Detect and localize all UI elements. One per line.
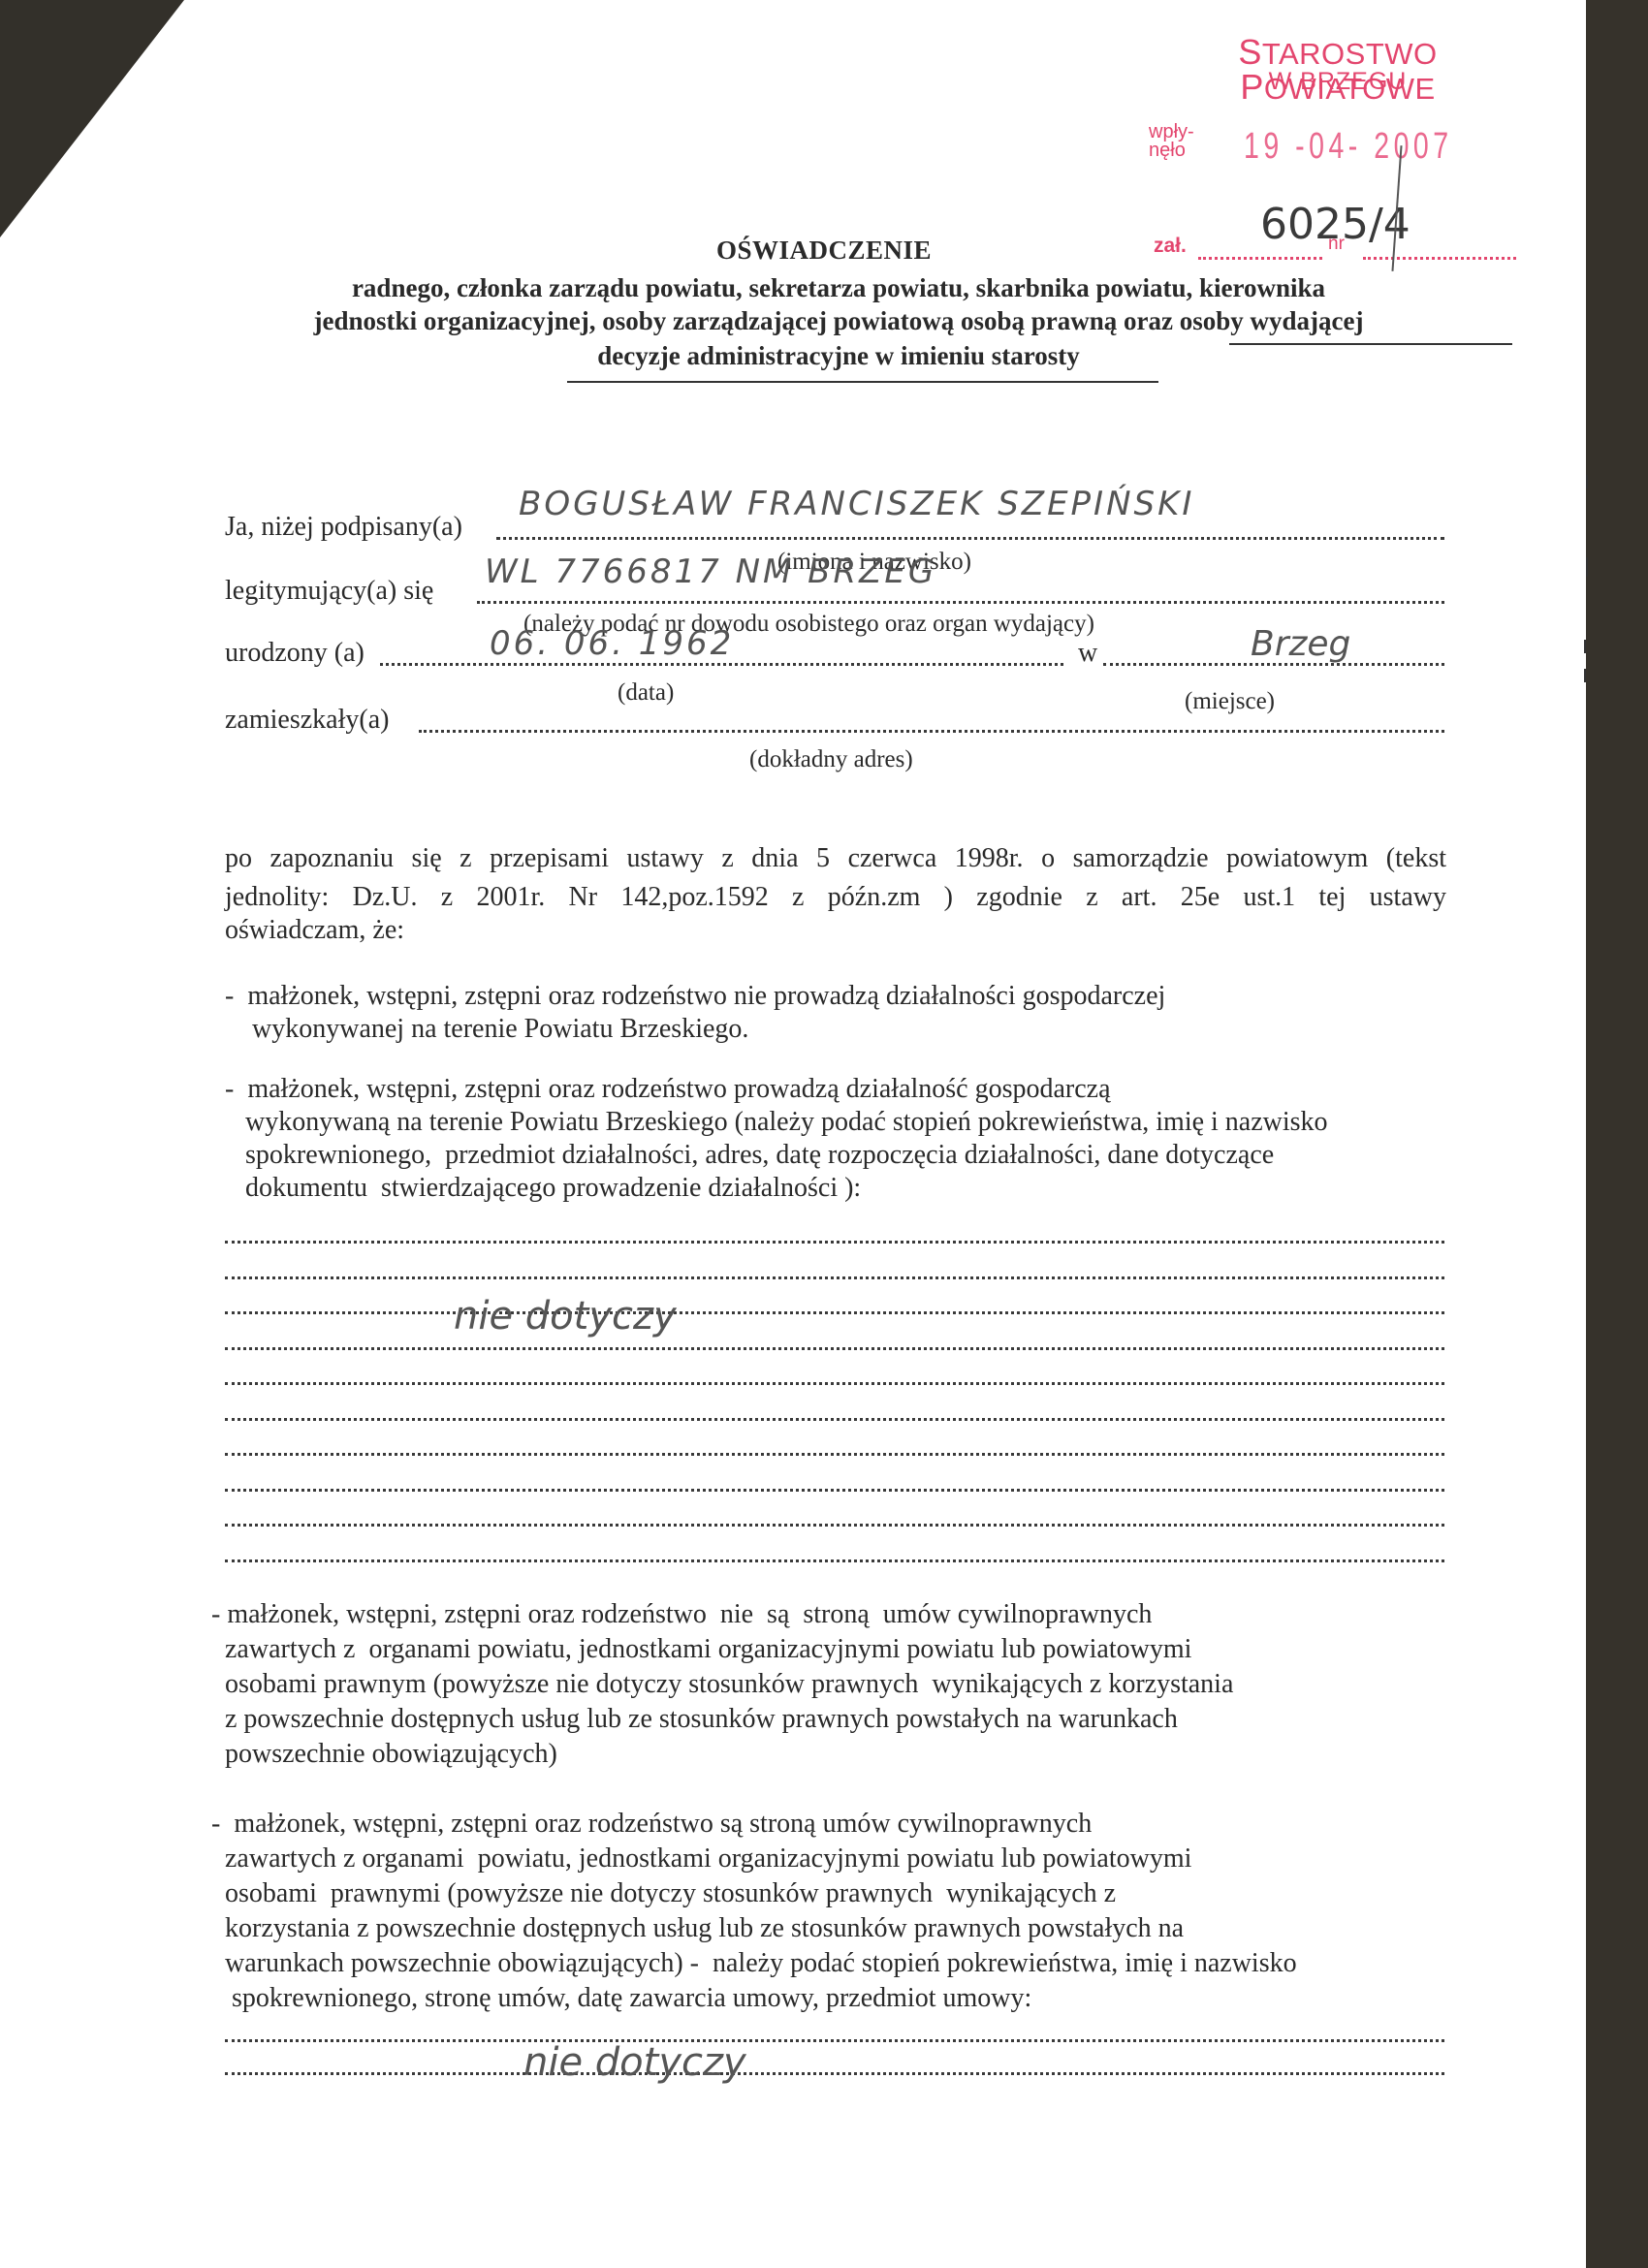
scan-edge-mark [1586, 557, 1588, 577]
birth-date-label: urodzony (a) [225, 638, 364, 669]
birth-place-hint: (miejsce) [1185, 688, 1275, 715]
answer-line[interactable] [225, 1378, 1444, 1385]
id-field-value[interactable]: WL 7766817 NM BRZEG [485, 552, 936, 591]
answer-line[interactable] [225, 1343, 1444, 1350]
stamp-received-label: wpły- nęło [1149, 123, 1194, 160]
statement-line: powszechnie obowiązujących) [211, 1739, 557, 1770]
statement-line: osobami prawnymi (powyższe nie dotyczy s… [211, 1878, 1116, 1909]
scan-edge-mark [1584, 640, 1586, 653]
name-field-line [496, 533, 1444, 540]
statement-line: spokrewnionego, przedmiot działalności, … [225, 1140, 1274, 1171]
scan-edge-mark [1586, 475, 1588, 488]
handwritten-answer: nie dotyczy [454, 1294, 677, 1339]
statement-line: zawartych z organami powiatu, jednostkam… [211, 1634, 1191, 1665]
stamp-office-location: W BRZEGU [1144, 68, 1532, 96]
statement-line: - małżonek, wstępni, zstępni oraz rodzeń… [225, 1074, 1111, 1105]
statement-line: wykonywanej na terenie Powiatu Brzeskieg… [225, 1014, 748, 1045]
statement-line: - małżonek, wstępni, zstępni oraz rodzeń… [211, 1809, 1092, 1840]
name-label: Ja, niżej podpisany(a) [225, 512, 462, 543]
underline [1229, 343, 1512, 345]
answer-line[interactable] [225, 2068, 1444, 2075]
document-subtitle-line: jednostki organizacyjnej, osoby zarządza… [223, 304, 1454, 337]
address-label: zamieszkały(a) [225, 705, 389, 736]
statement-line: dokumentu stwierdzającego prowadzenie dz… [225, 1173, 861, 1204]
answer-line[interactable] [225, 1237, 1444, 1244]
statement-line: z powszechnie dostępnych usług lub ze st… [211, 1704, 1178, 1735]
statement-line: spokrewnionego, stronę umów, datę zawarc… [211, 1983, 1031, 2014]
answer-line[interactable] [225, 1520, 1444, 1527]
statement-line: warunkach powszechnie obowiązujących) - … [211, 1948, 1297, 1979]
statement-line: - małżonek, wstępni, zstępni oraz rodzeń… [211, 1599, 1152, 1630]
scan-edge-strip [1586, 0, 1648, 2268]
scan-edge-mark [1584, 669, 1586, 682]
paragraph-line: jednolity: Dz.U. z 2001r. Nr 142,poz.159… [225, 882, 1446, 913]
statement-line: korzystania z powszechnie dostępnych usł… [211, 1913, 1184, 1944]
stamp-received-date: 19 -04- 2007 [1244, 126, 1453, 168]
document-title: OŚWIADCZENIE [0, 236, 1648, 266]
address-hint: (dokładny adres) [749, 746, 913, 773]
name-field-value[interactable]: BOGUSŁAW FRANCISZEK SZEPIŃSKI [519, 485, 1194, 523]
statement-line: wykonywaną na terenie Powiatu Brzeskiego… [225, 1107, 1328, 1138]
answer-line[interactable] [225, 1273, 1444, 1279]
paragraph-line: oświadczam, że: [225, 915, 1446, 946]
id-label: legitymujący(a) się [225, 576, 433, 607]
statement-line: zawartych z organami powiatu, jednostkam… [211, 1843, 1191, 1874]
answer-line[interactable] [225, 1414, 1444, 1421]
birth-place-label: w [1078, 638, 1097, 669]
statement-line: - małżonek, wstępni, zstępni oraz rodzeń… [225, 981, 1165, 1012]
answer-line[interactable] [225, 1307, 1444, 1314]
scan-corner-fold [0, 0, 184, 237]
answer-line[interactable] [225, 2035, 1444, 2042]
answer-line[interactable] [225, 1485, 1444, 1492]
answer-line[interactable] [225, 1556, 1444, 1562]
birth-date-value[interactable]: 06. 06. 1962 [490, 624, 734, 663]
handwritten-answer: nie dotyczy [523, 2040, 746, 2085]
id-field-line [477, 597, 1444, 604]
underline [567, 381, 1158, 383]
paragraph-line: po zapoznaniu się z przepisami ustawy z … [225, 843, 1446, 874]
answer-line[interactable] [225, 1449, 1444, 1456]
birth-place-value[interactable]: Brzeg [1251, 624, 1350, 664]
document-subtitle-line: radnego, członka zarządu powiatu, sekret… [223, 271, 1454, 304]
address-field-line[interactable] [419, 726, 1444, 733]
statement-line: osobami prawnym (powyższe nie dotyczy st… [211, 1669, 1233, 1700]
birth-date-hint: (data) [618, 679, 674, 707]
